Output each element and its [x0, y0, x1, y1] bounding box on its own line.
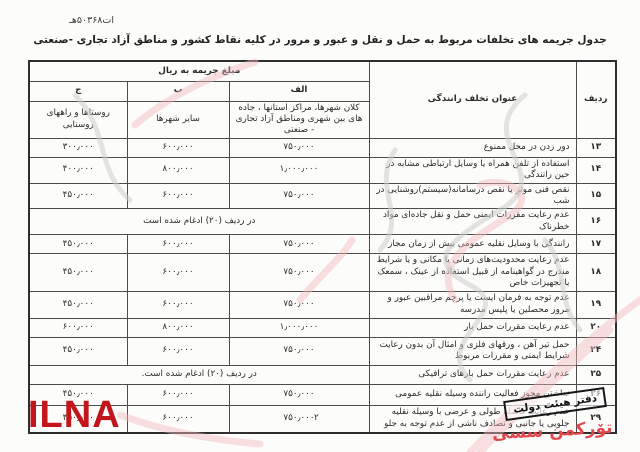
violation-text: عدم توجه به فرمان ایست یا پرچم مراقبین ع…: [369, 291, 576, 318]
amount-alef: ۷۵۰٫۰۰۰: [229, 291, 369, 318]
violation-text: عدم رعایت محدودیت‌های زمانی یا مکانی و ی…: [369, 254, 576, 291]
violation-text: حمل تیر آهن ، ورقهای فلزی و امثال آن بدو…: [369, 337, 576, 365]
row-number: ۱۳: [576, 138, 616, 157]
violation-text: رانندگی با وسایل نقلیه عمومی بیش از زمان…: [369, 235, 576, 254]
merged-note: در ردیف (۲۰) ادغام شده است.: [29, 365, 369, 384]
amount-jim: ۴۵۰٫۰۰۰: [29, 291, 127, 318]
header-col-jim: ج: [29, 81, 127, 101]
amount-jim: ۶۰۰٫۰۰۰: [29, 318, 127, 337]
header-col-alef: الف: [229, 81, 369, 101]
amount-jim: ۳۰۰٫۰۰۰: [29, 138, 127, 157]
amount-be: ۸۰۰٫۰۰۰: [127, 318, 229, 337]
violation-text: استفاده از تلفن همراه یا وسایل ارتباطی م…: [369, 157, 576, 183]
header-col-be: ب: [127, 81, 229, 101]
amount-alef: ۱٫۰۰۰٫۰۰۰: [229, 318, 369, 337]
amount-be: ۶۰۰٫۰۰۰: [127, 235, 229, 254]
header-desc-alef: کلان شهرها، مراکز استانها ، جاده های بین…: [229, 101, 369, 138]
amount-be: ۶۰۰٫۰۰۰: [127, 183, 229, 209]
amount-be: ۶۰۰٫۰۰۰: [127, 337, 229, 365]
table-row: ۱۳ دور زدن در محل ممنوع ۷۵۰٫۰۰۰ ۶۰۰٫۰۰۰ …: [29, 138, 616, 157]
page-number: ۲: [314, 413, 319, 423]
table-row: ۱۴ استفاده از تلفن همراه یا وسایل ارتباط…: [29, 157, 616, 183]
amount-alef: ۷۵۰٫۰۰۰: [229, 138, 369, 157]
header-desc-jim: روستاها و راههای روستایی: [29, 101, 127, 138]
table-row: ۱۶ عدم رعایت مقررات ایمنی حمل و نقل جاده…: [29, 209, 616, 235]
table-row: ۱۸ عدم رعایت محدودیت‌های زمانی یا مکانی …: [29, 254, 616, 291]
violation-text: عدم رعایت مقررات حمل بارهای ترافیکی: [369, 365, 576, 384]
row-number: ۱۷: [576, 235, 616, 254]
violation-text: عدم رعایت مقررات حمل بار: [369, 318, 576, 337]
table-row: ۲۴ حمل تیر آهن ، ورقهای فلزی و امثال آن …: [29, 337, 616, 365]
fines-table: ردیف عنوان تخلف رانندگی مبلغ جریمه به ری…: [28, 60, 617, 434]
amount-alef: ۷۵۰٫۰۰۰: [229, 235, 369, 254]
amount-alef: ۷۵۰٫۰۰۰: [229, 254, 369, 291]
table-row: ۲۵ عدم رعایت مقررات حمل بارهای ترافیکی د…: [29, 365, 616, 384]
amount-be: ۸۰۰٫۰۰۰: [127, 157, 229, 183]
table-row: ۲۰ عدم رعایت مقررات حمل بار ۱٫۰۰۰٫۰۰۰ ۸۰…: [29, 318, 616, 337]
header-amount-group: مبلغ جریمه به ریال: [29, 61, 369, 81]
table-row: ۱۹ عدم توجه به فرمان ایست یا پرچم مراقبی…: [29, 291, 616, 318]
amount-be: ۶۰۰٫۰۰۰: [127, 384, 229, 405]
table-row: ۱۷ رانندگی با وسایل نقلیه عمومی بیش از ز…: [29, 235, 616, 254]
ilna-logo: ILNA: [28, 396, 121, 434]
header-row-number: ردیف: [576, 61, 616, 138]
amount-be: ۶۰۰٫۰۰۰: [127, 254, 229, 291]
header-desc-be: سایر شهرها: [127, 101, 229, 138]
violation-text: عدم رعایت مقررات ایمنی حمل و نقل جاده‌ای…: [369, 209, 576, 235]
violation-text: دور زدن در محل ممنوع: [369, 138, 576, 157]
amount-alef: ۷۵۰٫۰۰۰: [229, 405, 369, 433]
table-row: ۱۵ نقص فنی موثر یا نقص درسامانه(سیستم)رو…: [29, 183, 616, 209]
row-number: ۲۰: [576, 318, 616, 337]
amount-jim: ۴۵۰٫۰۰۰: [29, 183, 127, 209]
document-title: جدول جریمه های تخلفات مربوط به حمل و نقل…: [0, 34, 640, 46]
table-header-row: ردیف عنوان تخلف رانندگی مبلغ جریمه به ری…: [29, 61, 616, 81]
decree-reference-number: ات۵۰۳۶۸هـ: [24, 15, 114, 26]
amount-alef: ۷۵۰٫۰۰۰: [229, 337, 369, 365]
row-number: ۱۵: [576, 183, 616, 209]
amount-be: ۶۰۰٫۰۰۰: [127, 405, 229, 433]
row-number: ۱۸: [576, 254, 616, 291]
row-number: ۱۶: [576, 209, 616, 235]
amount-jim: ۴۰۰٫۰۰۰: [29, 157, 127, 183]
header-violation-title: عنوان تخلف رانندگی: [369, 61, 576, 138]
amount-be: ۶۰۰٫۰۰۰: [127, 291, 229, 318]
merged-note: در ردیف (۲۰) ادغام شده است: [29, 209, 369, 235]
violation-text: نقص فنی موثر یا نقص درسامانه(سیستم)روشنا…: [369, 183, 576, 209]
row-number: ۲۵: [576, 365, 616, 384]
row-number: ۱۴: [576, 157, 616, 183]
row-number: ۲۴: [576, 337, 616, 365]
row-number: ۱۹: [576, 291, 616, 318]
amount-jim: ۴۵۰٫۰۰۰: [29, 235, 127, 254]
amount-alef: ۷۵۰٫۰۰۰: [229, 384, 369, 405]
amount-alef: ۷۵۰٫۰۰۰: [229, 183, 369, 209]
amount-be: ۶۰۰٫۰۰۰: [127, 138, 229, 157]
amount-jim: ۴۵۰٫۰۰۰: [29, 337, 127, 365]
scanned-document-page: ات۵۰۳۶۸هـ جدول جریمه های تخلفات مربوط به…: [0, 0, 640, 452]
amount-jim: ۴۵۰٫۰۰۰: [29, 254, 127, 291]
amount-alef: ۱٫۰۰۰٫۰۰۰: [229, 157, 369, 183]
